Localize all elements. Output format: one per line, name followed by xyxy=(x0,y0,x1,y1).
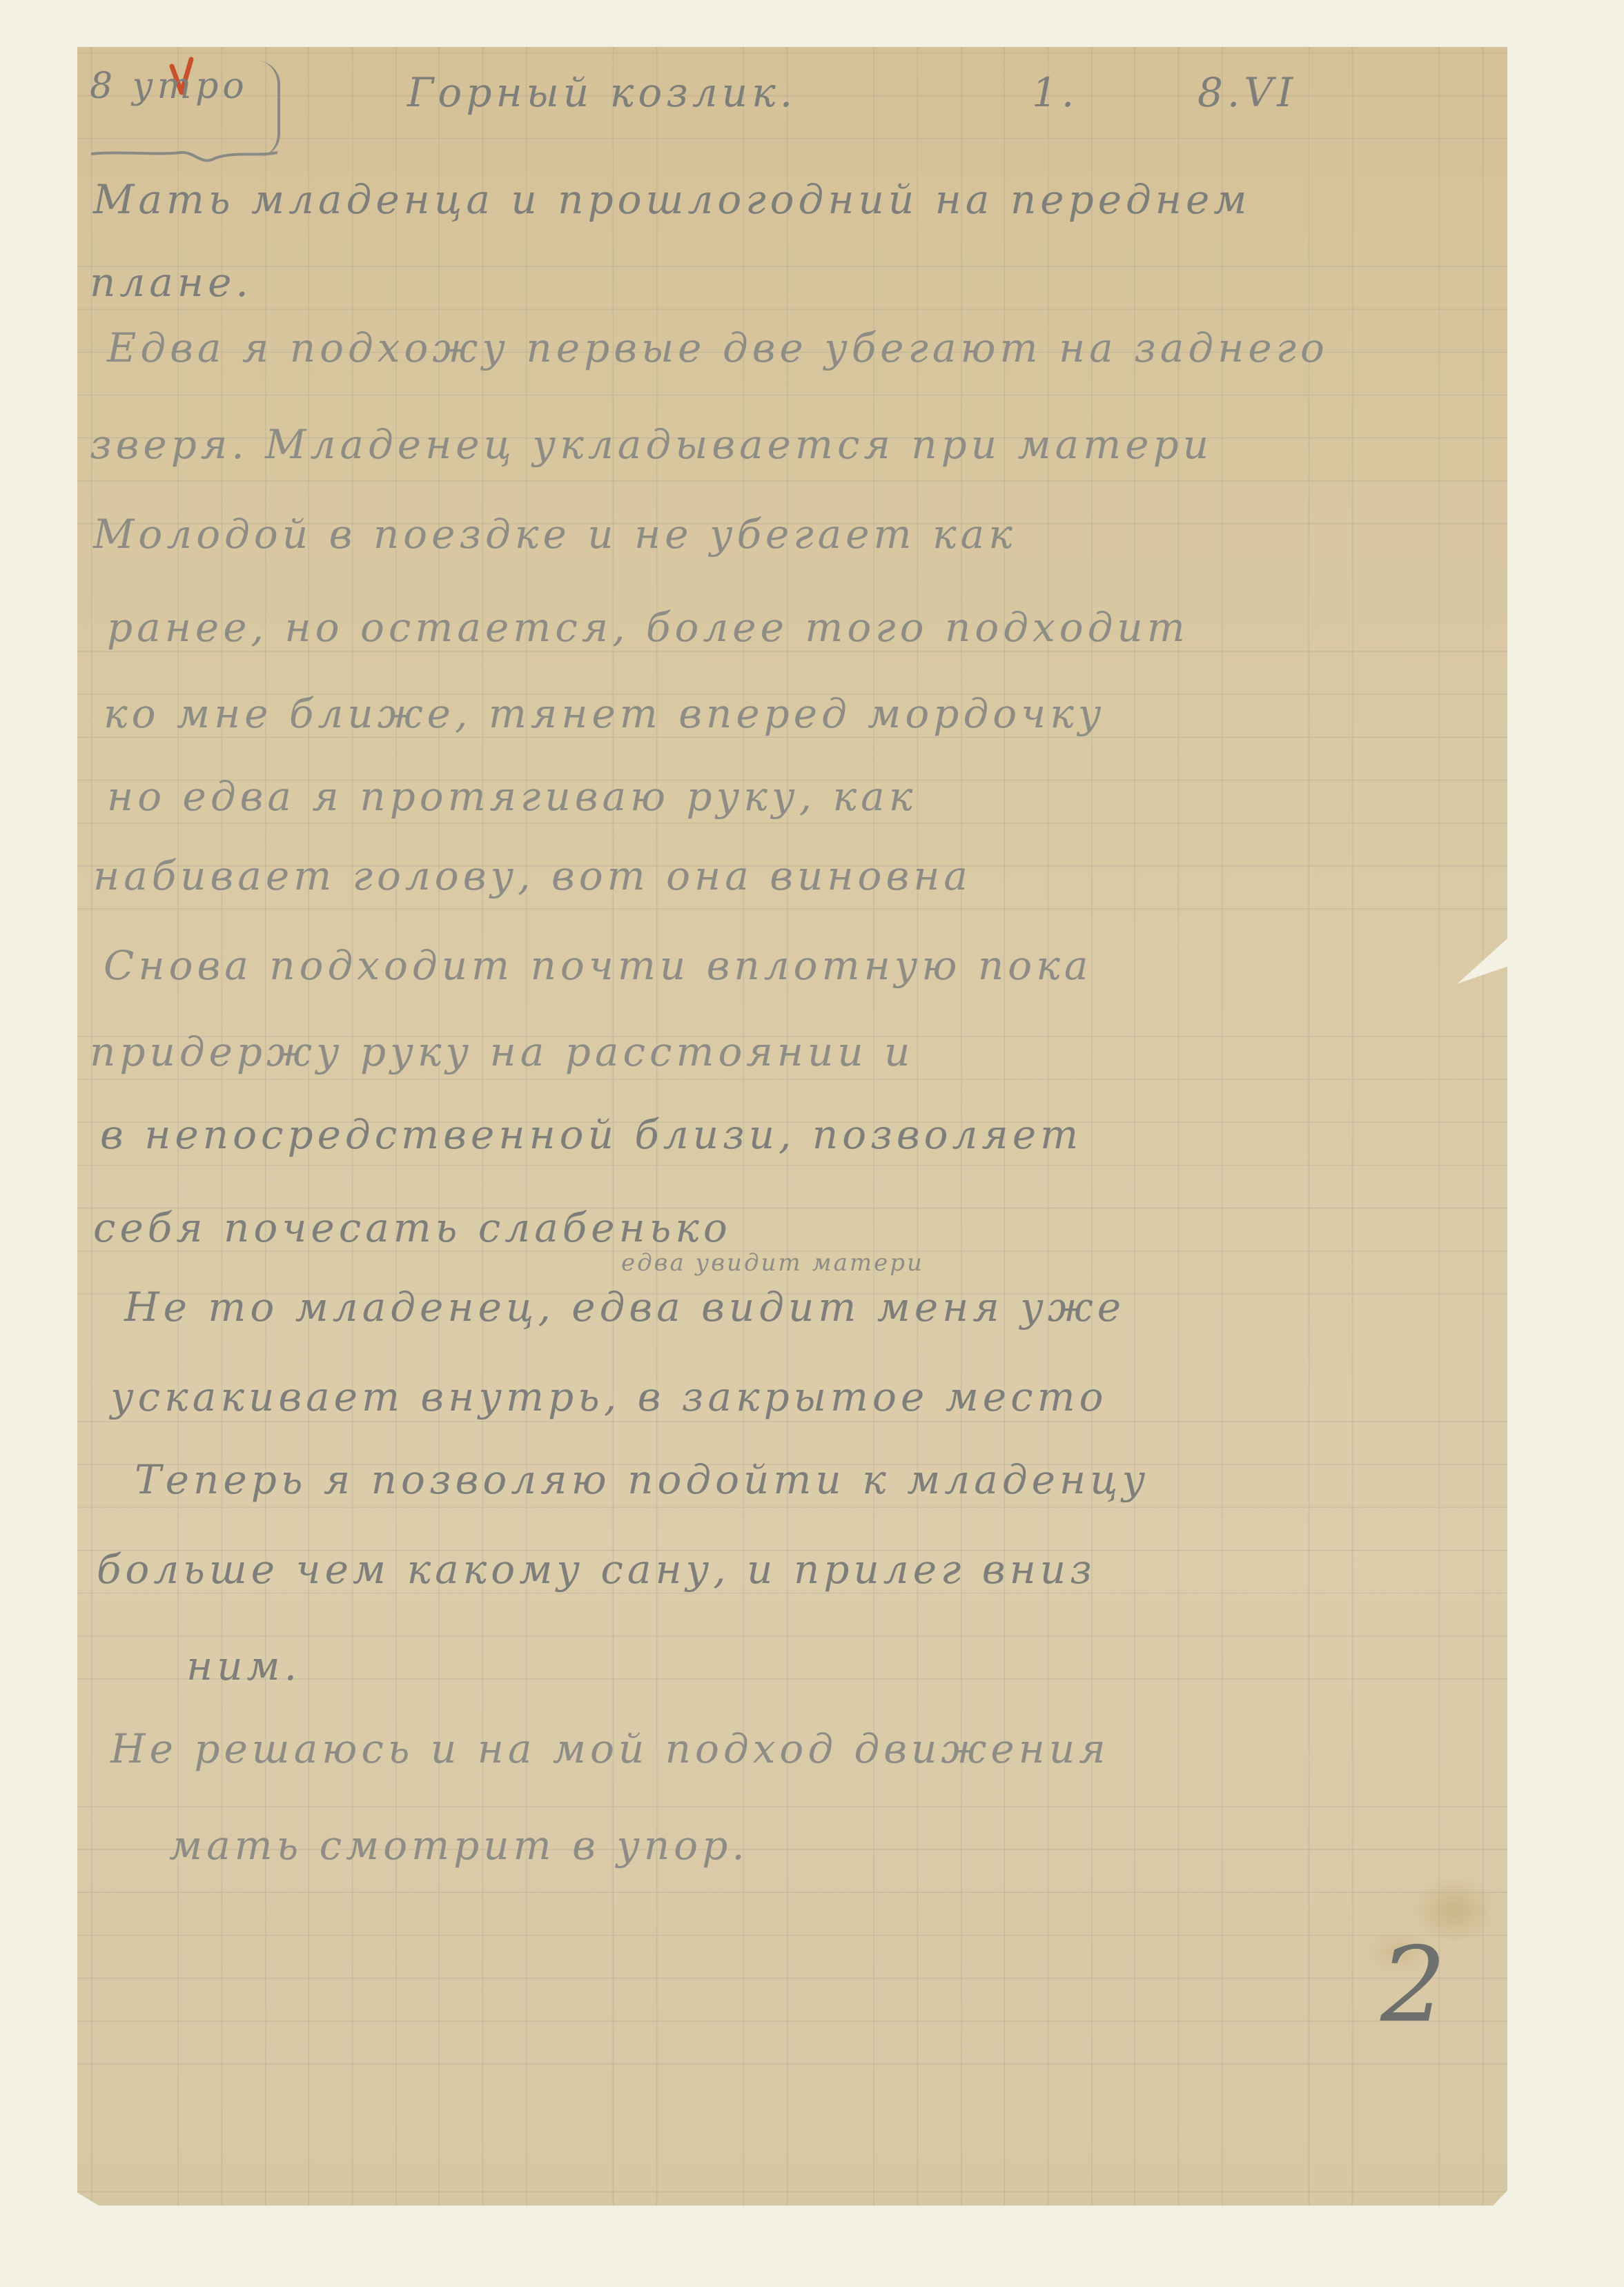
text-line-16: Теперь я позволяю подойти к младенцу xyxy=(135,1456,1149,1503)
header-date: 8.VI xyxy=(1197,69,1297,116)
text-line-13: себя почесать слабенько xyxy=(93,1204,732,1251)
inserted-line: едва увидит матери xyxy=(621,1249,924,1277)
text-line-1: Мать младенца и прошлогодний на переднем xyxy=(93,176,1251,223)
text-line-12: в непосредственной близи, позволяет xyxy=(100,1111,1082,1158)
text-line-8: но едва я протягиваю руку, как xyxy=(107,773,917,820)
text-line-7: ко мне ближе, тянет вперед мордочку xyxy=(104,690,1105,737)
text-line-18: ним. xyxy=(186,1642,301,1689)
text-line-6: ранее, но остается, более того подходит xyxy=(107,604,1189,651)
text-line-19: Не решаюсь и на мой подход движения xyxy=(110,1725,1110,1772)
text-line-15: ускакивает внутрь, в закрытое место xyxy=(110,1373,1108,1420)
text-line-5: Молодой в поездке и не убегает как xyxy=(93,511,1017,558)
text-line-14: Не то младенец, едва видит меня уже xyxy=(124,1284,1125,1331)
text-line-20: мать смотрит в упор. xyxy=(169,1822,749,1869)
text-line-10: Снова подходит почти вплотную пока xyxy=(104,942,1092,989)
page-number: 2 xyxy=(1380,1925,1446,2045)
text-line-3: Едва я подхожу первые две убегают на зад… xyxy=(107,324,1329,371)
header-underline xyxy=(77,148,284,169)
text-line-4: зверя. Младенец укладывается при матери xyxy=(90,421,1213,468)
text-line-9: набивает голову, вот она виновна xyxy=(93,852,972,899)
header-number: 1. xyxy=(1032,69,1078,116)
text-line-11: придержу руку на расстоянии и xyxy=(90,1028,914,1075)
text-line-2: плане. xyxy=(90,259,253,306)
header-bracket xyxy=(257,61,280,157)
header-title: Горный козлик. xyxy=(407,69,796,116)
header-time-label: 8 утро xyxy=(90,66,248,107)
text-line-17: больше чем какому сану, и прилег вниз xyxy=(97,1546,1096,1593)
